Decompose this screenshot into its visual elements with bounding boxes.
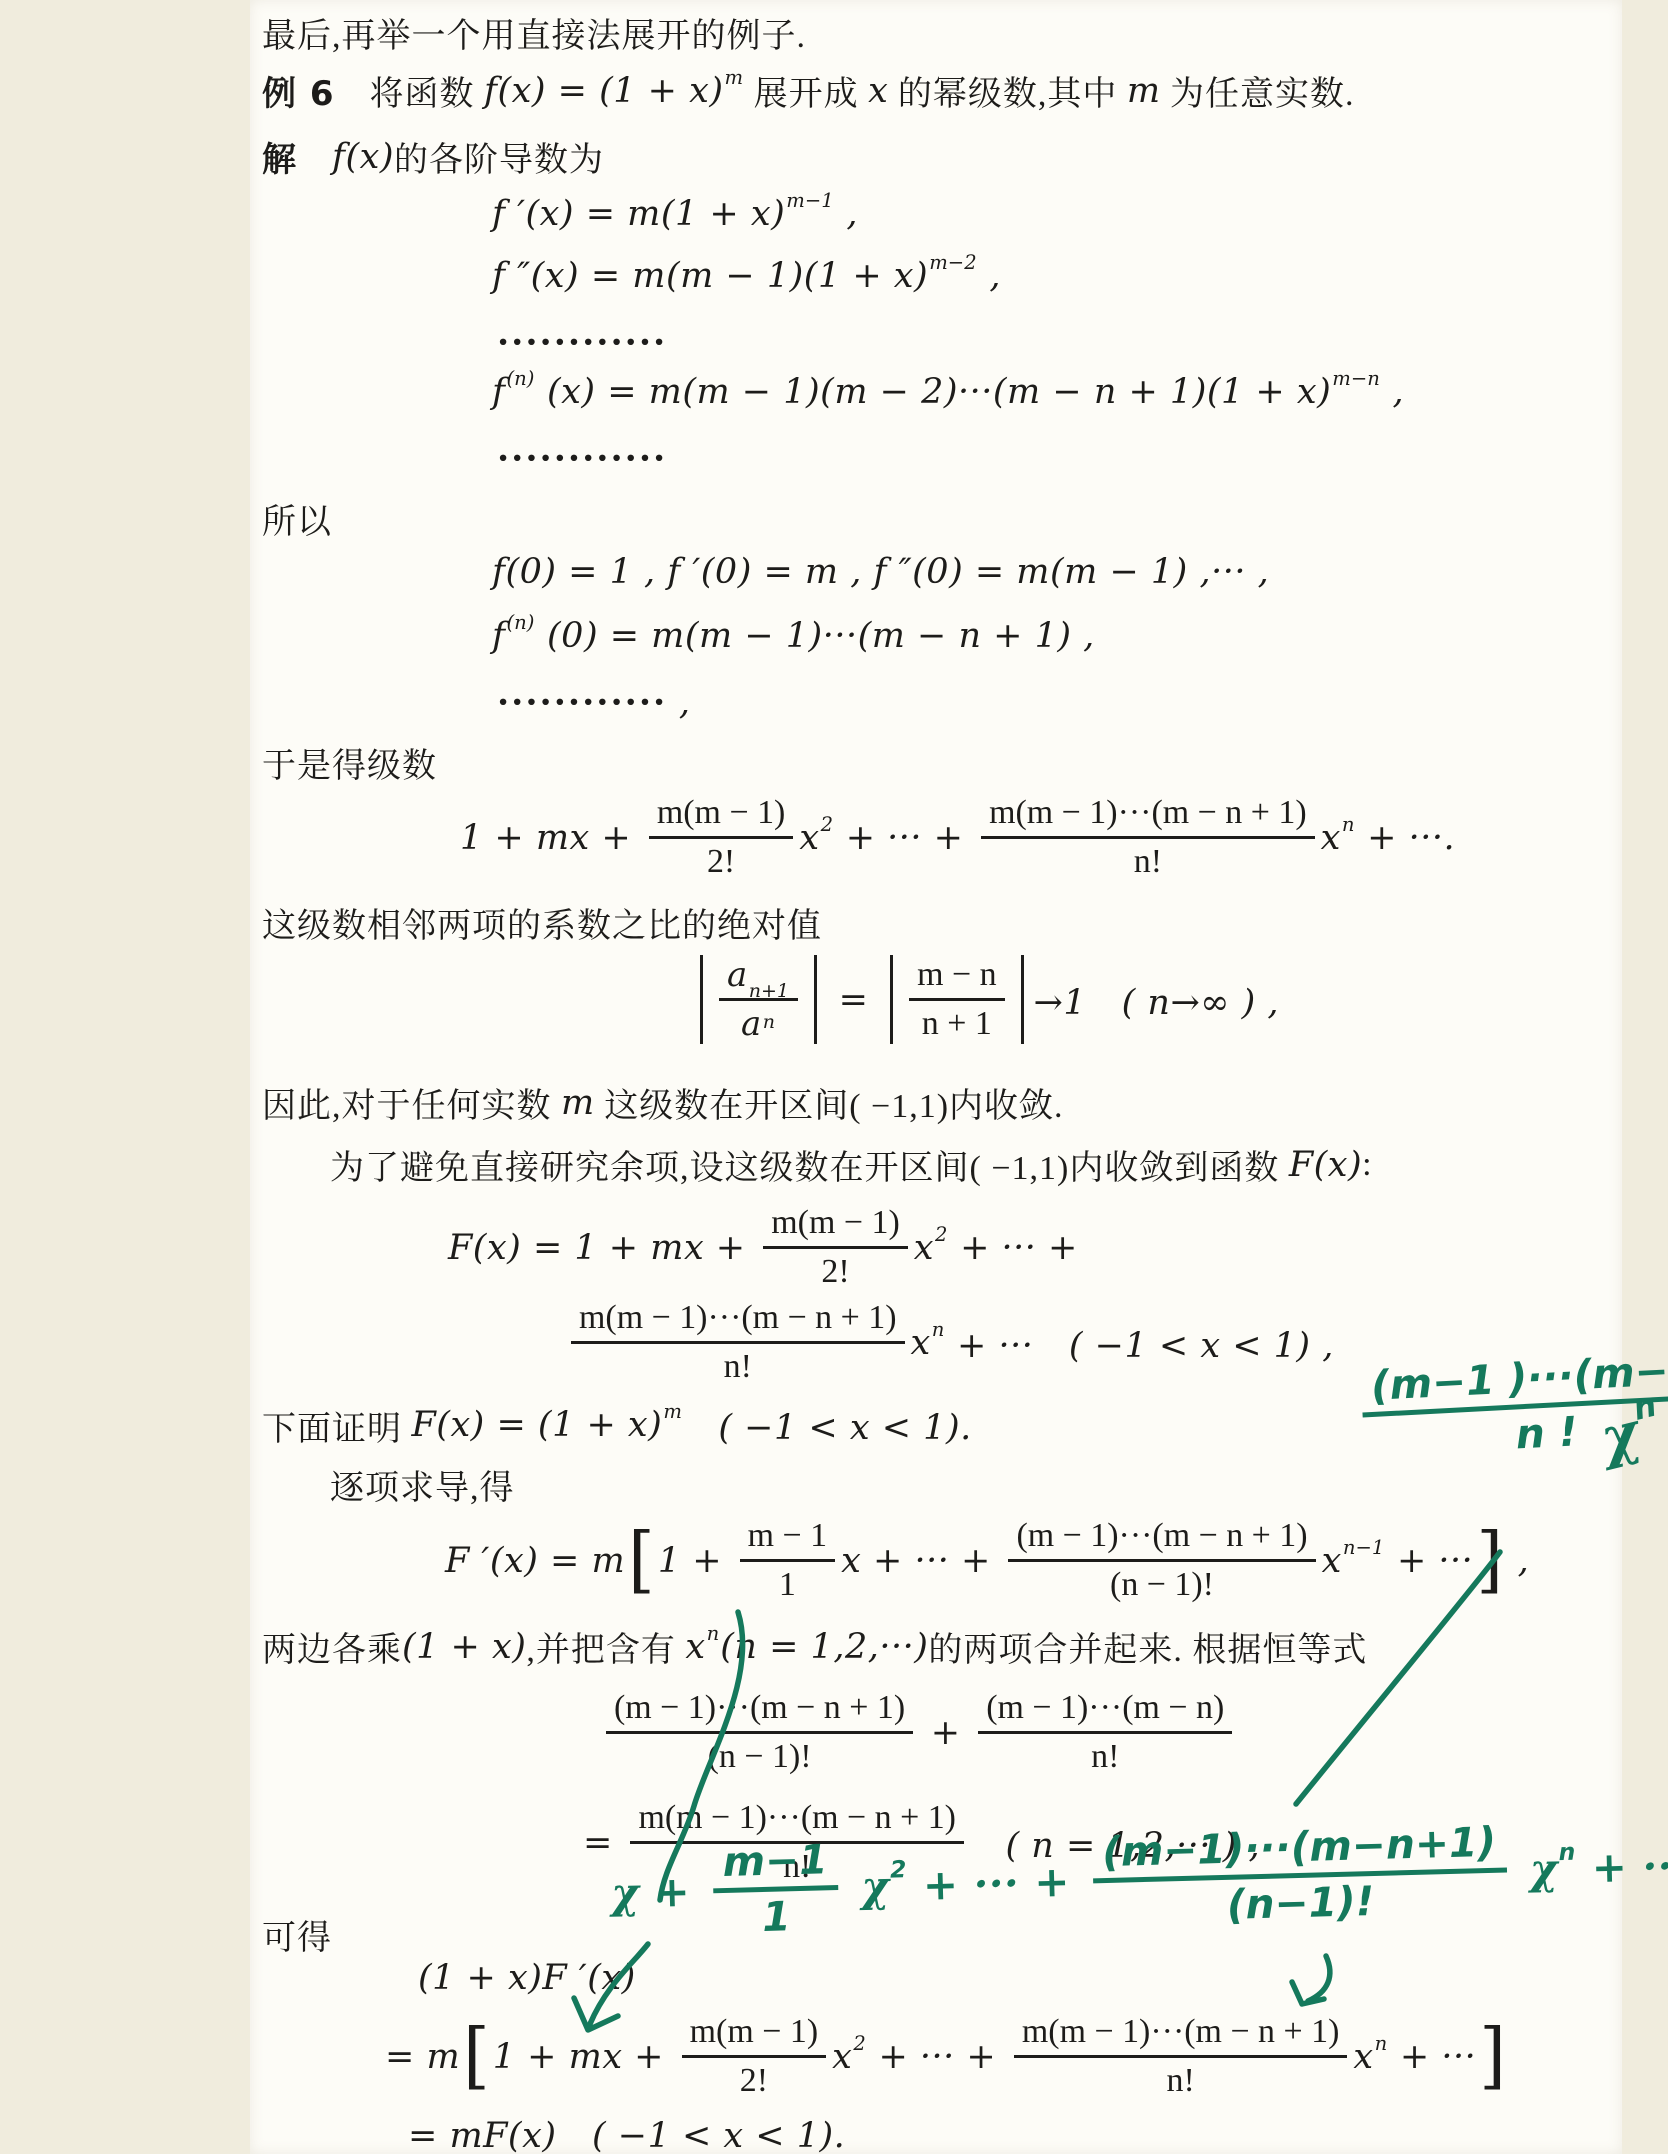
avoid-remainder-line: 为了避免直接研究余项,设这级数在开区间( −1,1)内收敛到函数 F(x): xyxy=(330,1140,1373,1189)
math-text: + ··· + xyxy=(834,818,975,858)
fraction: (m − 1)···(m − n)n! xyxy=(978,1688,1232,1777)
chinese-text: : xyxy=(1362,1146,1372,1184)
fraction-numerator: m(m − 1)···(m − n + 1) xyxy=(571,1298,905,1344)
superscript: n xyxy=(1375,2032,1388,2055)
superscript: m−1 xyxy=(786,189,833,212)
math-text: f ″(x) = m(m − 1)(1 + x) xyxy=(492,256,928,296)
fraction: m−11 xyxy=(712,1838,839,1940)
superscript: n xyxy=(1558,1838,1575,1866)
prove-line: 下面证明 F(x) = (1 + x)m ( −1 < x < 1). xyxy=(262,1400,972,1450)
math-text: (1 + x)F ′(x) xyxy=(418,1958,636,1998)
fraction-numerator: (m − 1)···(m − n + 1) xyxy=(606,1688,913,1734)
math-text: x xyxy=(1322,1541,1342,1581)
superscript: m−n xyxy=(1332,367,1380,390)
termwise-derivative-line: 逐项求导,得 xyxy=(330,1460,515,1509)
fraction-numerator: m − n xyxy=(909,955,1004,1001)
fraction: (m−1)···(m−n+1)(n−1)! xyxy=(1092,1821,1508,1930)
fraction: an+1an xyxy=(719,955,798,1044)
dotted-ellipsis: ············ xyxy=(497,438,667,479)
handwriting-text: + ··· + xyxy=(907,1856,1085,1910)
fraction-numerator: (m − 1)···(m − n + 1) xyxy=(1008,1516,1315,1562)
subscript: n+1 xyxy=(749,980,789,1002)
convergence-line: 因此,对于任何实数 m 这级数在开区间( −1,1)内收敛. xyxy=(262,1078,1064,1127)
superscript: 2 xyxy=(935,1223,947,1246)
math-text: = xyxy=(827,980,880,1020)
math-text: F(x) = (1 + x) xyxy=(412,1405,663,1445)
chinese-text: 展开成 xyxy=(744,66,868,115)
bold-label: 解 xyxy=(262,132,297,181)
chinese-text: 于是得级数 xyxy=(262,738,437,787)
ellipsis-row-2: ············ xyxy=(497,438,667,479)
fraction-denominator: 1 xyxy=(762,1891,792,1938)
fraction-denominator: (n − 1)! xyxy=(708,1734,812,1777)
big-bracket: [ xyxy=(628,1528,655,1592)
chinese-text: 因此,对于任何实数 xyxy=(262,1078,561,1127)
fraction: m(m − 1)···(m − n + 1)n! xyxy=(981,793,1315,882)
math-text: x xyxy=(914,1228,934,1268)
derivative-n: f(n) (x) = m(m − 1)(m − 2)···(m − n + 1)… xyxy=(492,372,1404,412)
superscript: m xyxy=(724,66,743,89)
product-lhs: (1 + x)F ′(x) xyxy=(418,1958,636,1998)
math-text: F ′(x) = m xyxy=(445,1541,625,1581)
identity-part1: (m − 1)···(m − n + 1)(n − 1)! + (m − 1)·… xyxy=(600,1688,1238,1777)
kede-line: 可得 xyxy=(262,1910,332,1959)
superscript: m xyxy=(663,1400,682,1423)
superscript: m−2 xyxy=(929,251,976,274)
scanned-textbook-page: 最后,再举一个用直接法展开的例子.例 6 将函数 f(x) = (1 + x)m… xyxy=(0,0,1668,2154)
fraction: m(m − 1)···(m − n + 1)n! xyxy=(571,1298,905,1387)
ratio-intro-line: 这级数相邻两项的系数之比的绝对值 xyxy=(262,898,822,947)
chinese-text: 的两项合并起来. 根据恒等式 xyxy=(928,1622,1367,1671)
math-text: + xyxy=(919,1713,972,1753)
fraction-numerator: m(m − 1)···(m − n + 1) xyxy=(981,793,1315,839)
fraction-denominator: n! xyxy=(1091,1734,1119,1777)
superscript: n xyxy=(1342,813,1355,836)
derivative-2: f ″(x) = m(m − 1)(1 + x)m−2 , xyxy=(492,256,1001,296)
values-at-zero-1: f(0) = 1 , f ′(0) = m , f ″(0) = m(m − 1… xyxy=(492,552,1269,592)
dotted-ellipsis: ············ xyxy=(497,682,667,723)
fraction: m(m − 1)2! xyxy=(763,1203,907,1292)
math-text: , xyxy=(667,683,690,723)
math-text: , xyxy=(978,256,1001,296)
math-text: f xyxy=(492,616,505,656)
fraction-denominator: n ! xyxy=(1514,1406,1578,1456)
fraction-numerator: an+1 xyxy=(719,955,798,1001)
absolute-value-bar xyxy=(814,955,817,1044)
derivative-1: f ′(x) = m(1 + x)m−1 , xyxy=(492,194,858,234)
fraction-denominator: 2! xyxy=(740,2058,768,2101)
chinese-text: 的各阶导数为 xyxy=(394,132,604,181)
fraction-numerator: m(m − 1)···(m − n + 1) xyxy=(1014,2012,1348,2058)
fraction-denominator: n! xyxy=(724,1344,752,1387)
math-text: ( −1 < x < 1). xyxy=(683,1400,972,1450)
fraction-numerator: m(m − 1) xyxy=(649,793,793,839)
big-bracket: ] xyxy=(1476,1528,1503,1592)
math-text: = m xyxy=(385,2037,460,2077)
superscript: 2 xyxy=(853,2032,865,2055)
math-text: m xyxy=(561,1083,595,1123)
math-text: f(x) = (1 + x) xyxy=(484,71,723,111)
math-text: F(x) = 1 + mx + xyxy=(448,1228,757,1268)
fraction-denominator: n! xyxy=(1167,2058,1195,2101)
superscript: (n) xyxy=(506,611,534,634)
absolute-value-bar xyxy=(890,955,893,1044)
handwriting-text: χ xyxy=(846,1861,891,1911)
fraction: (m − 1)···(m − n + 1)(n − 1)! xyxy=(606,1688,913,1777)
ellipsis-row-1: ············ xyxy=(497,322,667,363)
math-text: + ··· ( −1 < x < 1) , xyxy=(945,1318,1333,1368)
chinese-text xyxy=(297,132,332,181)
math-text: , xyxy=(1381,372,1404,412)
ratio-equation: an+1an = m − nn + 1→1 ( n→∞ ) , xyxy=(690,955,1279,1044)
handwriting-text: χ + xyxy=(611,1866,706,1917)
example-6-line: 例 6 将函数 f(x) = (1 + x)m 展开成 x 的幂级数,其中 m … xyxy=(262,66,1355,115)
F-definition-part2: m(m − 1)···(m − n + 1)n!xn + ··· ( −1 < … xyxy=(565,1298,1334,1387)
values-at-zero-n: f(n) (0) = m(m − 1)···(m − n + 1) , xyxy=(492,616,1095,656)
fraction: m − nn + 1 xyxy=(909,955,1004,1044)
fraction-denominator: (n − 1)! xyxy=(1110,1562,1214,1605)
fraction: m(m − 1)···(m − n + 1)n! xyxy=(1014,2012,1348,2101)
math-text: 1 + mx + xyxy=(493,2037,676,2077)
absolute-value-bar xyxy=(1021,955,1024,1044)
chinese-text: 下面证明 xyxy=(262,1401,412,1450)
math-text: a xyxy=(727,955,748,995)
math-text: (1 + x) xyxy=(402,1627,526,1667)
chinese-text: 的幂级数,其中 xyxy=(888,66,1127,115)
dotted-ellipsis: ············ xyxy=(497,322,667,363)
intro-line: 最后,再举一个用直接法展开的例子. xyxy=(262,8,806,57)
superscript: 2 xyxy=(890,1856,907,1884)
math-text: (0) = m(m − 1)···(m − n + 1) , xyxy=(535,616,1094,656)
math-text: + ··· xyxy=(1388,2037,1476,2077)
multiply-line: 两边各乘(1 + x),并把含有 xn(n = 1,2,···)的两项合并起来.… xyxy=(262,1622,1367,1671)
math-text: x xyxy=(685,1627,705,1667)
superscript: (n) xyxy=(506,367,534,390)
math-text: x xyxy=(832,2037,852,2077)
math-text: + ··· + xyxy=(867,2037,1008,2077)
math-text: f xyxy=(492,372,505,412)
suoyi-line: 所以 xyxy=(262,494,332,543)
math-text: x xyxy=(911,1323,931,1363)
fraction-numerator: (m − 1)···(m − n) xyxy=(978,1688,1232,1734)
superscript: n xyxy=(707,1622,720,1645)
fraction-numerator: (m−1)···(m−n+1) xyxy=(1092,1821,1507,1884)
absolute-value-bar xyxy=(700,955,703,1044)
math-text: f ′(x) = m(1 + x) xyxy=(492,194,785,234)
math-text: x xyxy=(868,71,888,111)
chinese-text: ,并把含有 xyxy=(526,1622,685,1671)
chinese-text: 为了避免直接研究余项,设这级数在开区间( −1,1)内收敛到函数 xyxy=(330,1140,1289,1189)
chinese-text: 两边各乘 xyxy=(262,1622,402,1671)
series-equation: 1 + mx + m(m − 1)2!x2 + ··· + m(m − 1)··… xyxy=(460,793,1455,882)
math-text: m xyxy=(1127,71,1161,111)
math-text: (n = 1,2,···) xyxy=(720,1627,928,1667)
superscript: n xyxy=(932,1318,945,1341)
fraction: m − 11 xyxy=(740,1516,835,1605)
math-text: f(0) = 1 , f ′(0) = m , f ″(0) = m(m − 1… xyxy=(492,552,1269,592)
math-text: F(x) xyxy=(1289,1145,1362,1185)
bold-label: 例 6 xyxy=(262,66,335,115)
math-text: x xyxy=(1321,818,1341,858)
fraction-numerator: m−1 xyxy=(712,1838,838,1893)
chinese-text: 这级数在开区间( −1,1)内收敛. xyxy=(595,1078,1064,1127)
fraction-numerator: m − 1 xyxy=(740,1516,835,1562)
big-bracket: ] xyxy=(1479,2024,1506,2088)
product-rhs: = m[1 + mx + m(m − 1)2!x2 + ··· + m(m − … xyxy=(385,2012,1509,2101)
chinese-text: 逐项求导,得 xyxy=(330,1460,515,1509)
math-text: x + ··· + xyxy=(841,1541,1002,1581)
handwriting-text: + ··· xyxy=(1576,1840,1668,1892)
chinese-text: 最后,再举一个用直接法展开的例子. xyxy=(262,8,806,57)
big-bracket: [ xyxy=(463,2024,490,2088)
math-text: , xyxy=(1506,1541,1529,1581)
math-text: + ··· xyxy=(1385,1541,1473,1581)
math-text: f(x) xyxy=(332,137,394,177)
fraction-denominator: n + 1 xyxy=(922,1001,992,1044)
fraction: m(m − 1)2! xyxy=(649,793,793,882)
math-text: →1 ( n→∞ ) , xyxy=(1034,975,1279,1025)
math-text: x xyxy=(799,818,819,858)
series-intro-line: 于是得级数 xyxy=(262,738,437,787)
F-definition-part1: F(x) = 1 + mx + m(m − 1)2!x2 + ··· + xyxy=(448,1203,1078,1292)
fraction-denominator: 2! xyxy=(821,1249,849,1292)
ellipsis-row-3: ············ , xyxy=(497,682,691,723)
handwriting-text: χ xyxy=(1514,1844,1559,1894)
fraction-denominator: 2! xyxy=(707,839,735,882)
F-prime-equation: F ′(x) = m[1 + m − 11x + ··· + (m − 1)··… xyxy=(445,1516,1529,1605)
math-text: + ···. xyxy=(1356,818,1456,858)
fraction-numerator: m(m − 1) xyxy=(682,2012,826,2058)
fraction-denominator: (n−1)! xyxy=(1226,1876,1374,1927)
chinese-text: 为任意实数. xyxy=(1161,66,1355,115)
fraction: m(m − 1)2! xyxy=(682,2012,826,2101)
superscript: 2 xyxy=(821,813,833,836)
math-text: = mF(x) ( −1 < x < 1). xyxy=(408,2108,845,2154)
math-text: + ··· + xyxy=(948,1228,1077,1268)
chinese-text: 所以 xyxy=(262,494,332,543)
final-result: = mF(x) ( −1 < x < 1). xyxy=(408,2108,845,2154)
math-text: x xyxy=(1353,2037,1373,2077)
subscript: n xyxy=(763,1011,775,1051)
math-text: 1 + mx + xyxy=(460,818,643,858)
chinese-text: 将函数 xyxy=(335,66,485,115)
math-text: , xyxy=(835,194,858,234)
math-text: 1 + xyxy=(658,1541,734,1581)
fraction-denominator: n! xyxy=(1134,839,1162,882)
chinese-text: 这级数相邻两项的系数之比的绝对值 xyxy=(262,898,822,947)
solution-line: 解 f(x)的各阶导数为 xyxy=(262,132,604,181)
fraction-numerator: m(m − 1) xyxy=(763,1203,907,1249)
math-text: a xyxy=(741,1004,762,1044)
superscript: n−1 xyxy=(1343,1536,1385,1559)
fraction: (m − 1)···(m − n + 1)(n − 1)! xyxy=(1008,1516,1315,1605)
fraction-denominator: an xyxy=(741,1001,776,1044)
math-text: (x) = m(m − 1)(m − 2)···(m − n + 1)(1 + … xyxy=(535,372,1331,412)
fraction-denominator: 1 xyxy=(779,1562,796,1605)
chinese-text: 可得 xyxy=(262,1910,332,1959)
